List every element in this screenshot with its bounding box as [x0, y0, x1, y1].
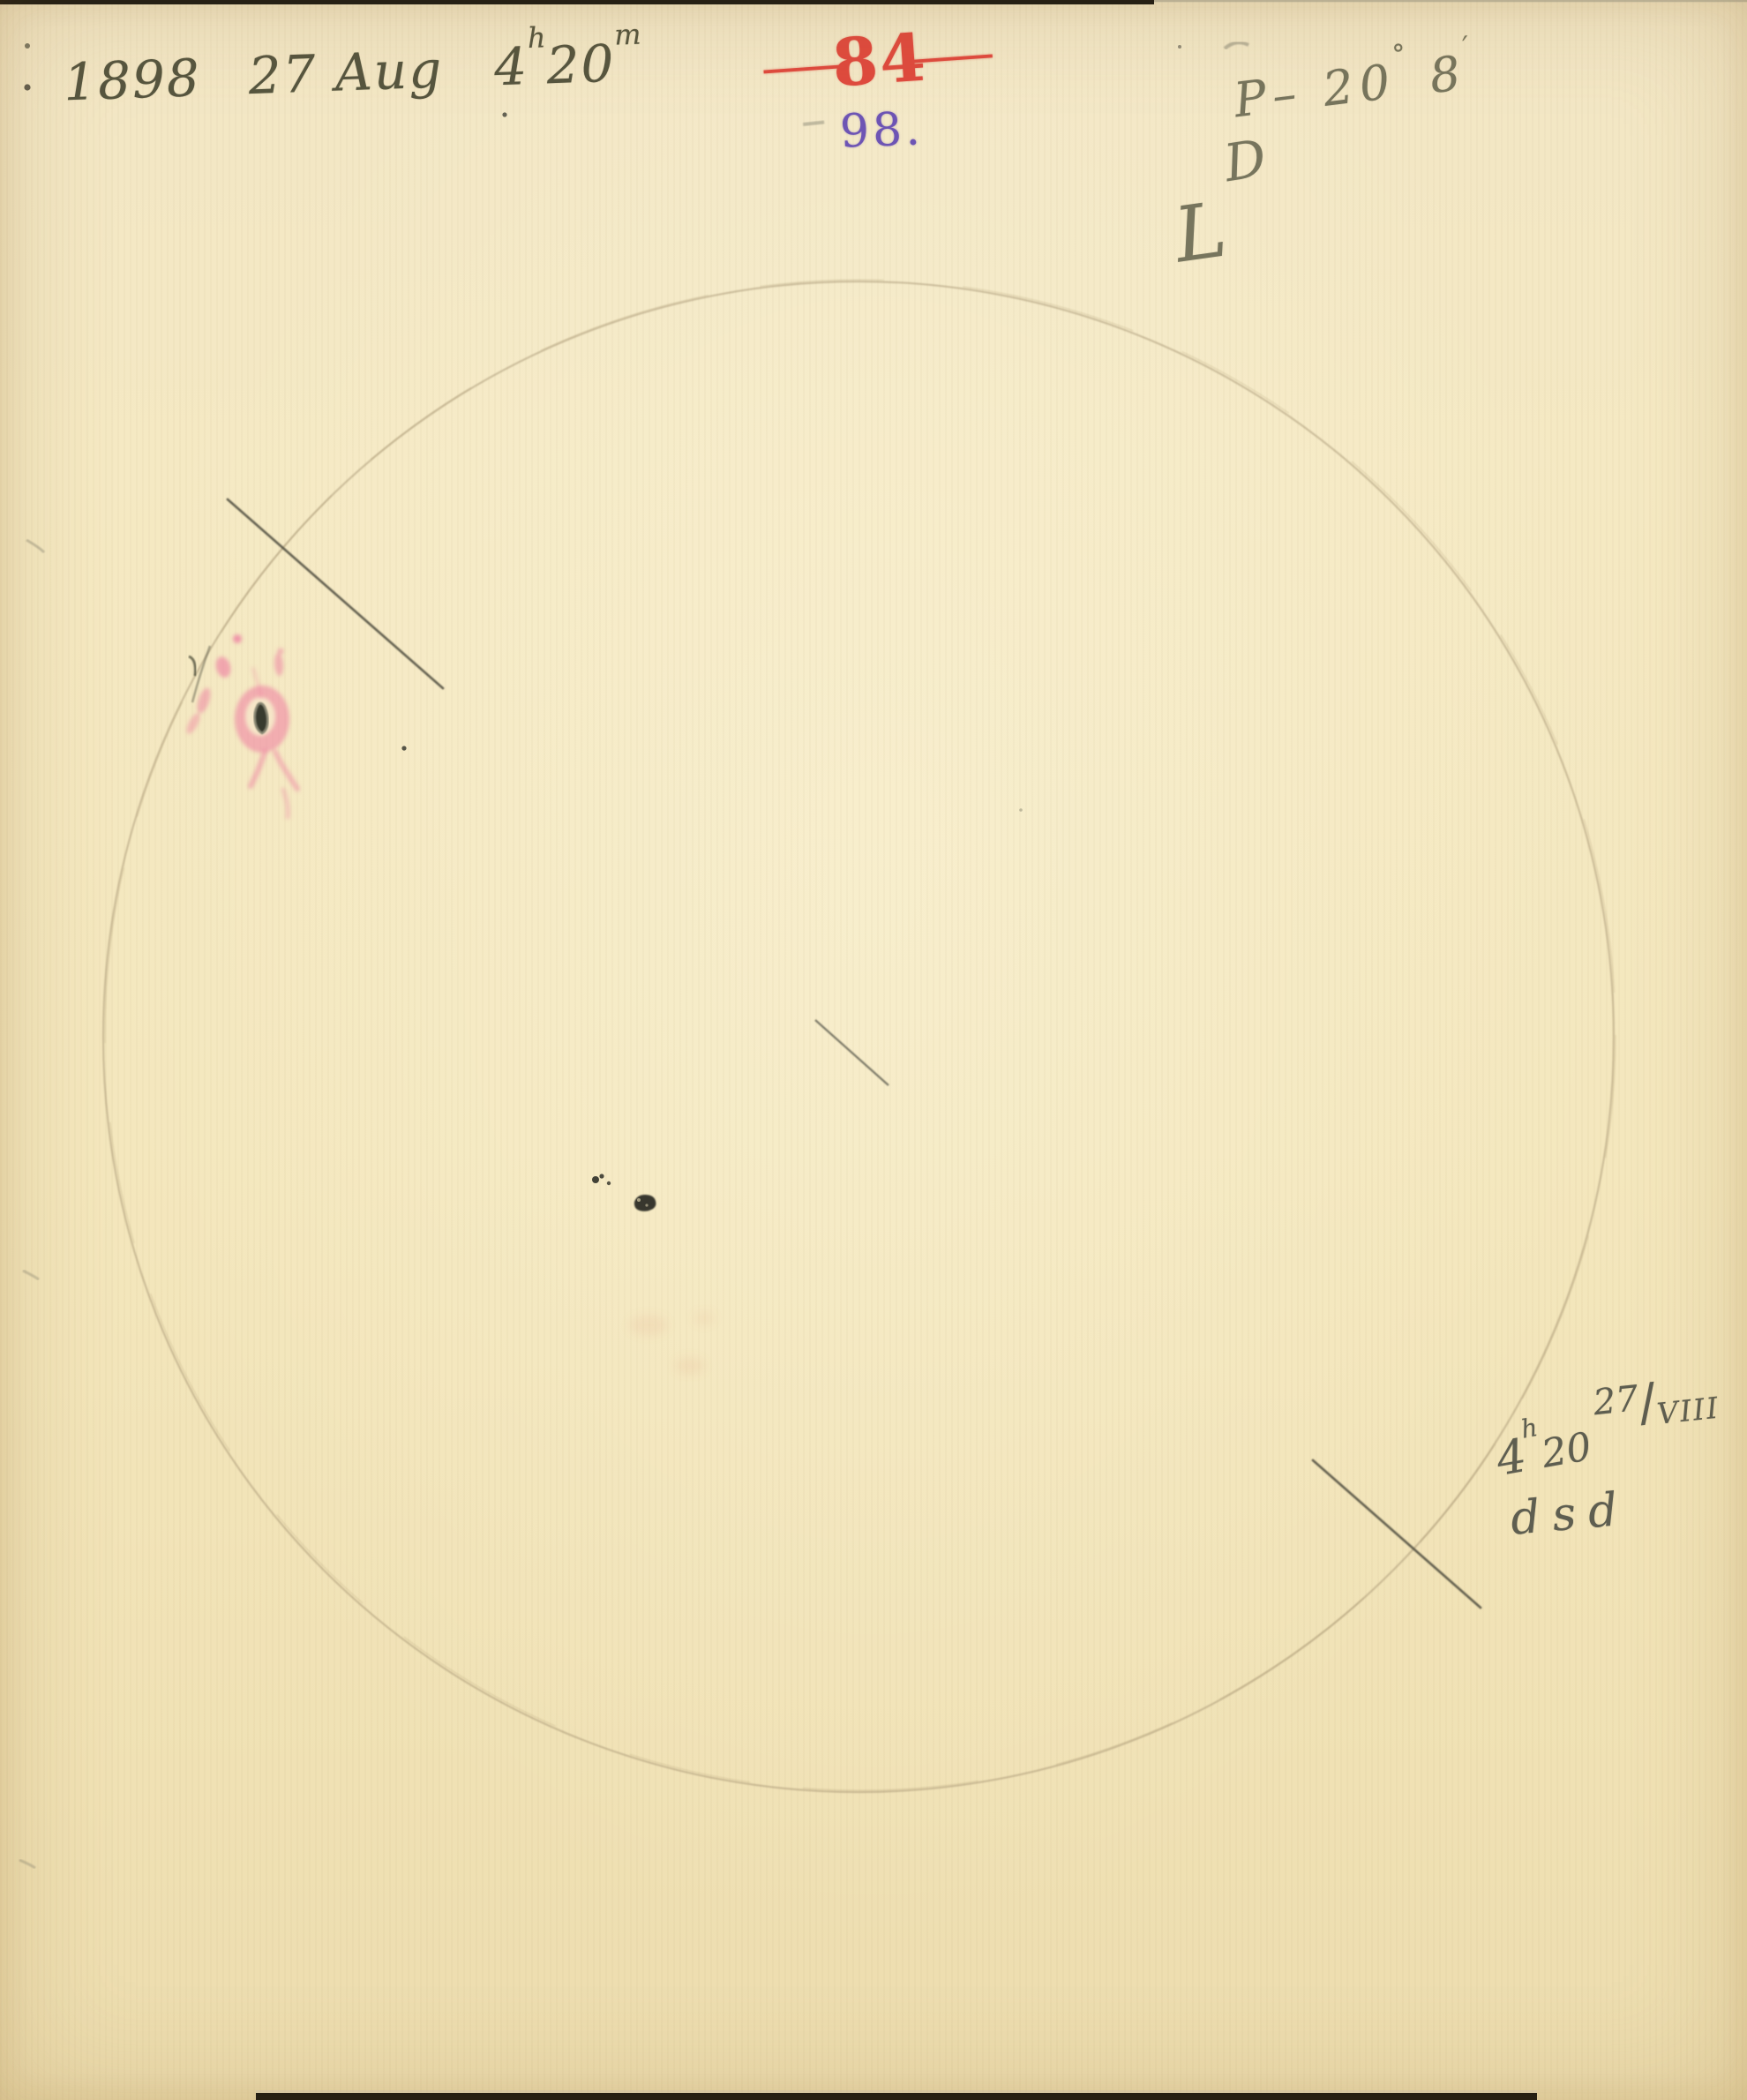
solar-disk-drawing — [0, 0, 1747, 2100]
catalog-number-red: —84— — [767, 15, 992, 106]
faint-smudges — [629, 1311, 715, 1375]
br-month-roman-text: VIII — [1655, 1391, 1721, 1431]
year-text: 1898 — [63, 48, 202, 112]
hour-text: 4 — [493, 36, 529, 97]
br-minute-text: 20 — [1539, 1424, 1595, 1477]
catalog-dash-left: — — [758, 31, 854, 98]
hour-unit-text: h — [527, 20, 546, 55]
day-month-text: 27 Aug — [247, 39, 444, 106]
scanned-sunspot-drawing-page: 189827 Aug4h20m —84— 98. P– 20° 8′ D L 2… — [0, 0, 1747, 2100]
d-letter-annotation: D — [1220, 128, 1271, 193]
sunspot-group-center — [592, 1174, 656, 1211]
scan-edge-bars — [0, 0, 1747, 2100]
stamp-number-purple: 98. — [839, 102, 925, 158]
solar-disk-outline — [103, 280, 1616, 1792]
minute-text: 20 — [545, 34, 616, 96]
br-day-text: 27 — [1592, 1378, 1640, 1423]
observer-mark-annotation: dsd — [1509, 1482, 1632, 1546]
minute-unit-text: m — [614, 18, 642, 52]
arcmin-text: 8 — [1427, 45, 1470, 105]
bottom-right-date-annotation: 27/VIII — [1591, 1363, 1721, 1436]
catalog-dash-right: — — [905, 21, 1001, 88]
p-label-text: P– — [1231, 64, 1305, 128]
sunspot-group-ne-limb — [184, 634, 406, 817]
degrees-text: 20 — [1320, 53, 1399, 117]
disk-center-mark — [815, 1020, 888, 1085]
